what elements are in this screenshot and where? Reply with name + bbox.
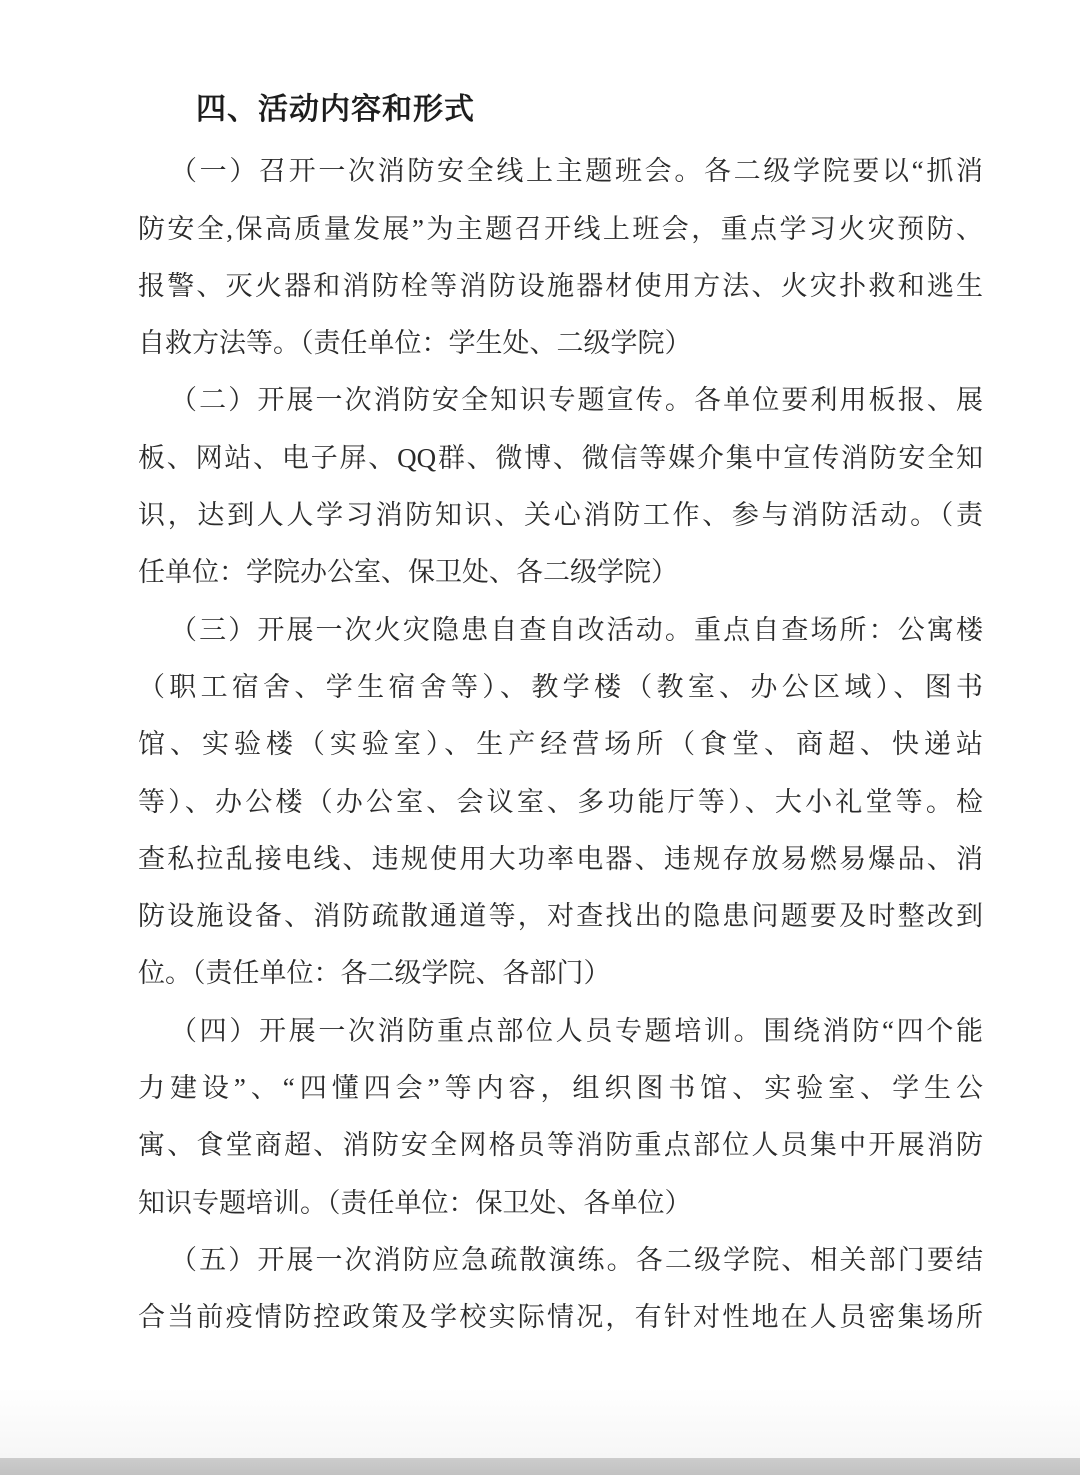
paragraph-1-line-4: 自救方法等。（责任单位：学生处、二级学院）	[138, 315, 983, 372]
paragraph-2-line-3: 识，达到人人学习消防知识、关心消防工作、参与消防活动。（责	[138, 487, 983, 544]
paragraph-3-line-2: （职工宿舍、学生宿舍等）、教学楼（教室、办公区域）、图书	[138, 659, 983, 716]
paragraph-1-line-1: （一）召开一次消防安全线上主题班会。各二级学院要以“抓消	[138, 143, 983, 200]
paragraph-5-line-2: 合当前疫情防控政策及学校实际情况，有针对性地在人员密集场所	[138, 1289, 983, 1346]
paragraph-3-line-7: 位。（责任单位：各二级学院、各部门）	[138, 945, 983, 1002]
paragraph-3-line-6: 防设施设备、消防疏散通道等，对查找出的隐患问题要及时整改到	[138, 888, 983, 945]
paragraph-3-line-3: 馆、实验楼（实验室）、生产经营场所（食堂、商超、快递站	[138, 716, 983, 773]
paragraph-4-line-2: 力建设”、“四懂四会”等内容，组织图书馆、实验室、学生公	[138, 1060, 983, 1117]
document-content: 四、活动内容和形式 （一）召开一次消防安全线上主题班会。各二级学院要以“抓消 防…	[138, 81, 983, 1347]
section-heading: 四、活动内容和形式	[138, 81, 983, 138]
paragraph-3-line-5: 查私拉乱接电线、违规使用大功率电器、违规存放易燃易爆品、消	[138, 831, 983, 888]
paragraph-3-line-4: 等）、办公楼（办公室、会议室、多功能厅等）、大小礼堂等。检	[138, 774, 983, 831]
paragraph-3-line-1: （三）开展一次火灾隐患自查自改活动。重点自查场所：公寓楼	[138, 602, 983, 659]
paragraph-1-line-2: 防安全,保高质量发展”为主题召开线上班会，重点学习火灾预防、	[138, 201, 983, 258]
paragraph-4-line-1: （四）开展一次消防重点部位人员专题培训。围绕消防“四个能	[138, 1003, 983, 1060]
document-page: 四、活动内容和形式 （一）召开一次消防安全线上主题班会。各二级学院要以“抓消 防…	[0, 0, 1080, 1475]
paragraph-2-line-2: 板、网站、电子屏、QQ群、微博、微信等媒介集中宣传消防安全知	[138, 430, 983, 487]
paragraph-5-line-1: （五）开展一次消防应急疏散演练。各二级学院、相关部门要结	[138, 1232, 983, 1289]
bottom-bar	[0, 1458, 1080, 1475]
paragraph-4-line-4: 知识专题培训。（责任单位：保卫处、各单位）	[138, 1175, 983, 1232]
paragraph-2-line-1: （二）开展一次消防安全知识专题宣传。各单位要利用板报、展	[138, 372, 983, 429]
paragraph-1-line-3: 报警、灭火器和消防栓等消防设施器材使用方法、火灾扑救和逃生	[138, 258, 983, 315]
paragraph-2-line-4: 任单位：学院办公室、保卫处、各二级学院）	[138, 544, 983, 601]
page-bottom-fade	[0, 1388, 1080, 1458]
paragraph-4-line-3: 寓、食堂商超、消防安全网格员等消防重点部位人员集中开展消防	[138, 1117, 983, 1174]
